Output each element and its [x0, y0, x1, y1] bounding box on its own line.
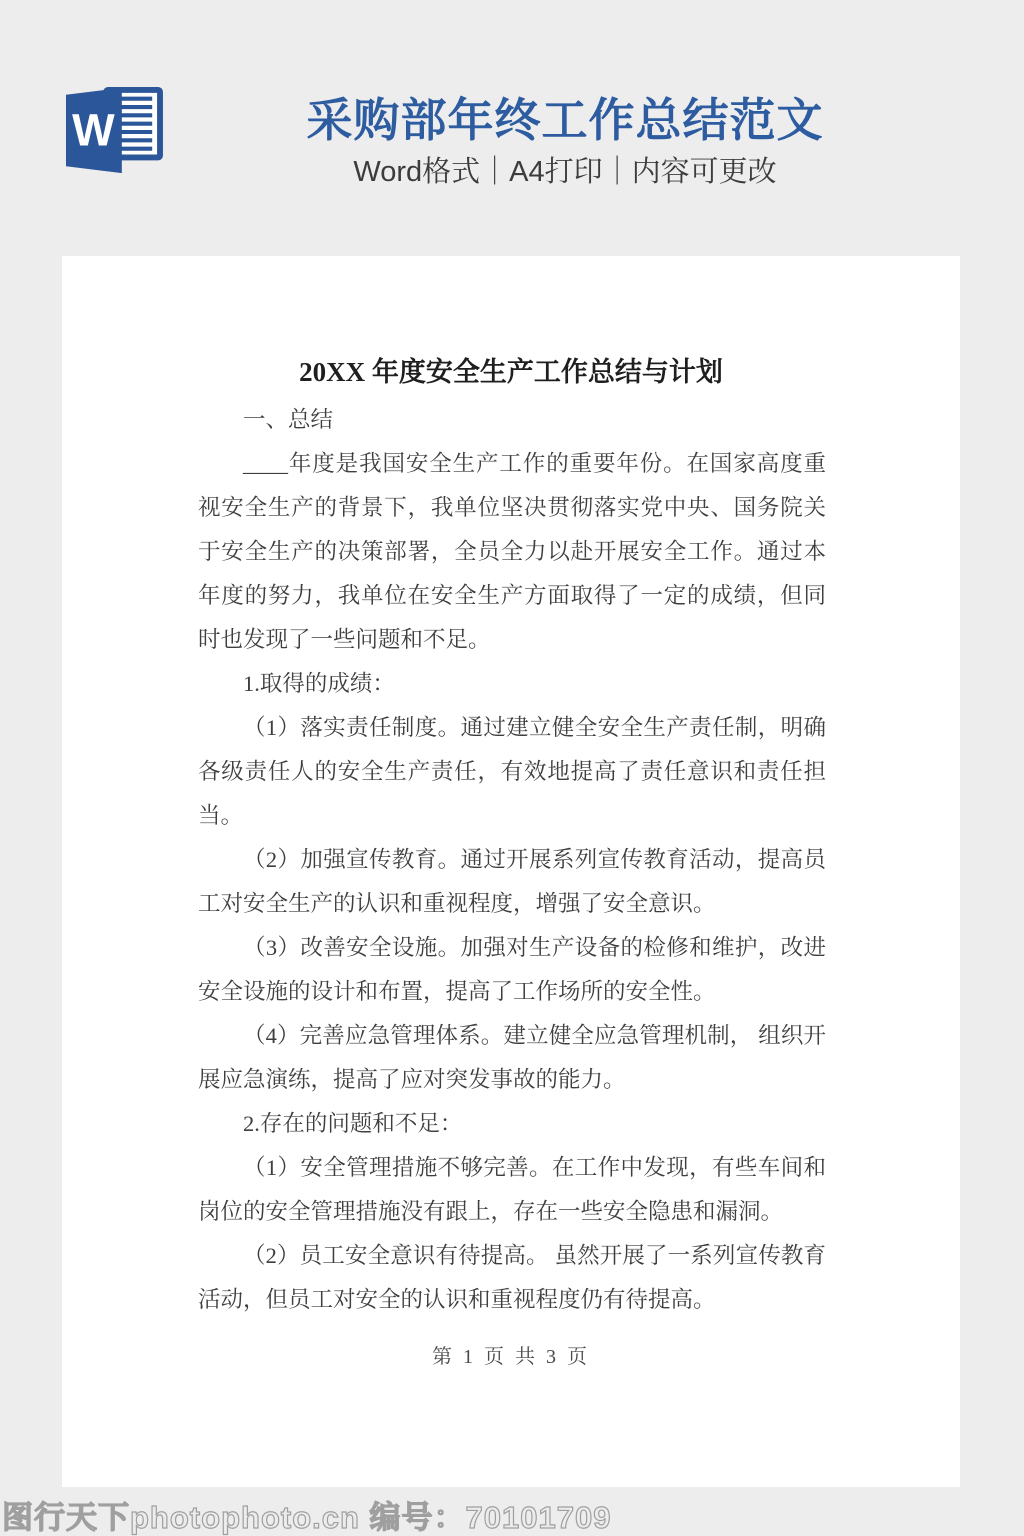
doc-paragraph: （2）员工安全意识有待提高。 虽然开展了一系列宣传教育活动，但员工对安全的认识和… [198, 1234, 826, 1322]
doc-paragraph: 一、总结 [198, 398, 826, 442]
doc-paragraph: （1）落实责任制度。通过建立健全安全生产责任制，明确各级责任人的安全生产责任，有… [198, 706, 826, 838]
page-number: 第 1 页 共 3 页 [62, 1340, 960, 1369]
doc-body: 一、总结 ____年度是我国安全生产工作的重要年份。在国家高度重视安全生产的背景… [198, 398, 826, 1322]
document-page: 20XX 年度安全生产工作总结与计划 一、总结 ____年度是我国安全生产工作的… [62, 256, 960, 1487]
doc-paragraph: 2.存在的问题和不足： [198, 1102, 826, 1146]
doc-title: 20XX 年度安全生产工作总结与计划 [142, 356, 880, 388]
watermark: 图行天下photophoto.cn 编号：70101709 [2, 1492, 611, 1536]
word-letter: W [72, 105, 115, 156]
doc-paragraph: （2）加强宣传教育。通过开展系列宣传教育活动，提高员工对安全生产的认识和重视程度… [198, 838, 826, 926]
template-subtitle: Word格式｜A4打印｜内容可更改 [307, 154, 824, 190]
doc-paragraph: （1）安全管理措施不够完善。在工作中发现，有些车间和岗位的安全管理措施没有跟上，… [198, 1146, 826, 1234]
doc-paragraph: （3）改善安全设施。加强对生产设备的检修和维护，改进安全设施的设计和布置，提高了… [198, 926, 826, 1014]
doc-paragraph: （4）完善应急管理体系。建立健全应急管理机制， 组织开展应急演练，提高了应对突发… [198, 1014, 826, 1102]
word-icon: W [60, 84, 166, 180]
doc-paragraph: ____年度是我国安全生产工作的重要年份。在国家高度重视安全生产的背景下，我单位… [198, 442, 826, 662]
header-text-block: 采购部年终工作总结范文 Word格式｜A4打印｜内容可更改 [307, 92, 824, 190]
header: W 采购部年终工作总结范文 Word格式｜A4打印｜内容可更改 [0, 0, 1024, 256]
doc-paragraph: 1.取得的成绩： [198, 662, 826, 706]
template-title: 采购部年终工作总结范文 [307, 92, 824, 148]
